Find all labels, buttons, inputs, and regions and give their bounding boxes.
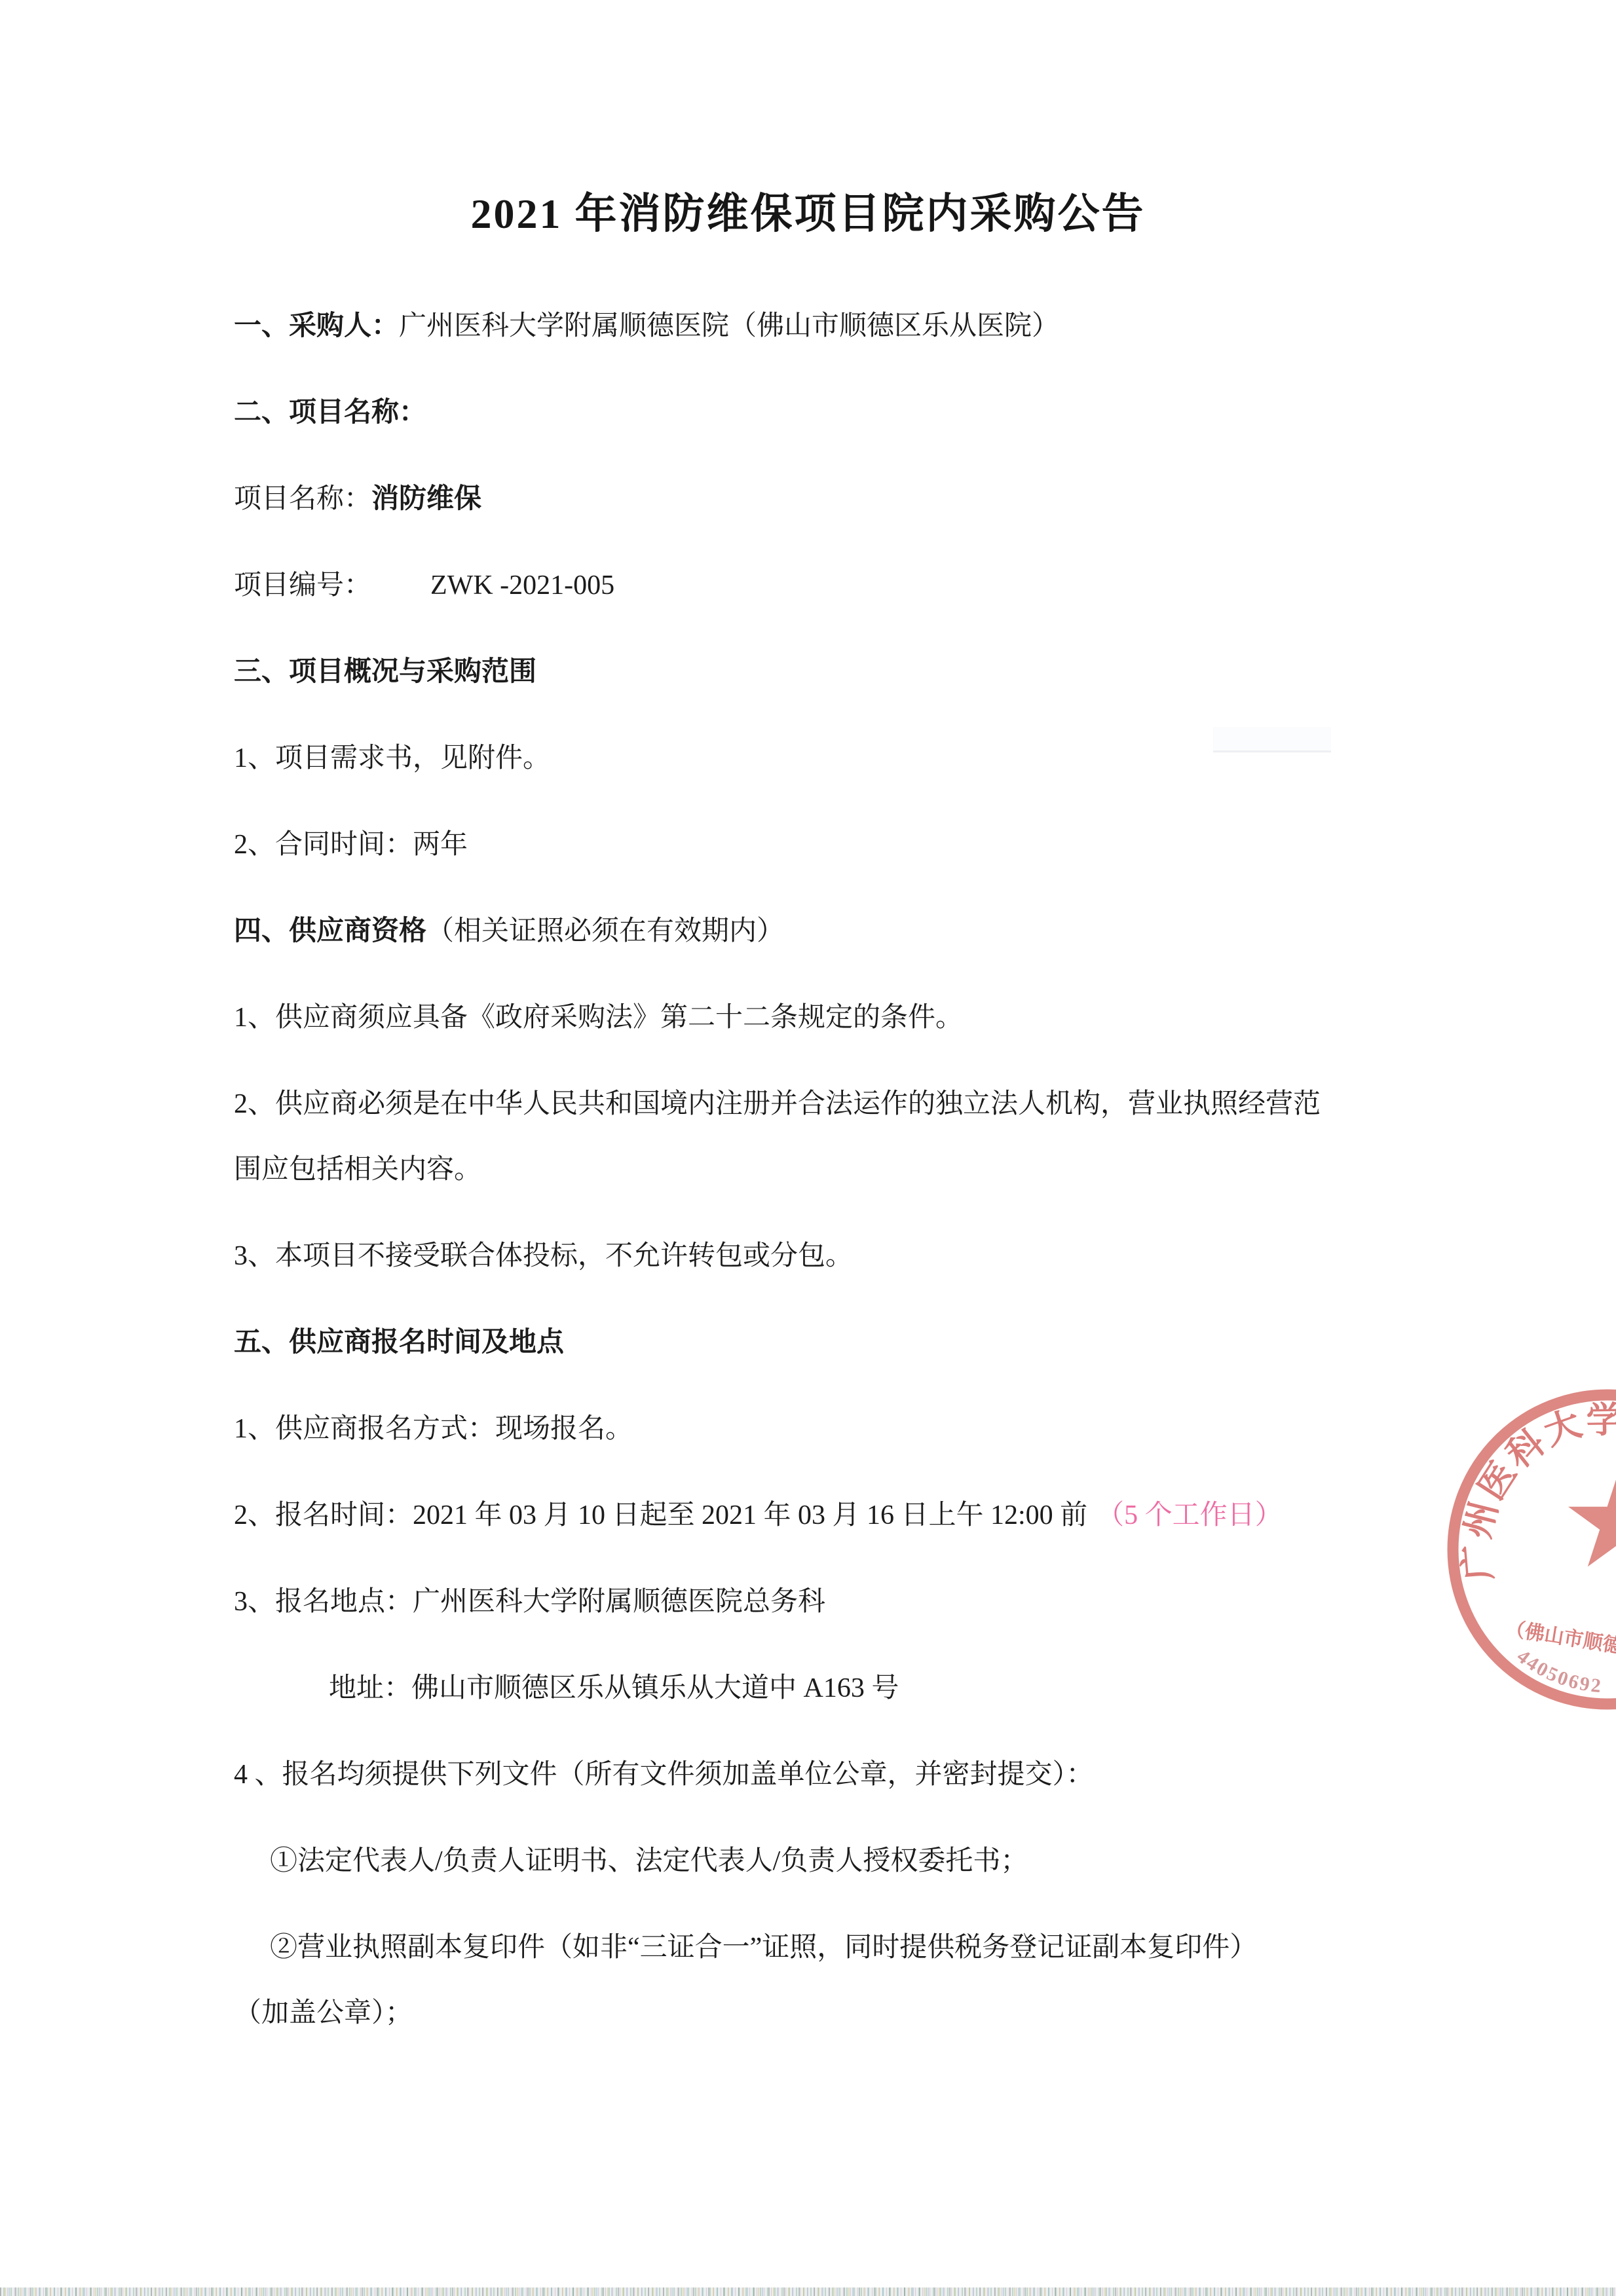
purchaser-label: 一、采购人： — [234, 311, 399, 341]
page-title: 2021 年消防维保项目院内采购公告 — [0, 191, 1616, 237]
required-doc-2: ②营业执照副本复印件（如非“三证合一”证照，同时提供税务登记证副本复印件） （加… — [234, 1915, 1387, 2046]
signup-address-line: 地址：佛山市顺德区乐从镇乐从大道中 A163 号 — [234, 1656, 1387, 1721]
official-seal: 广州医科大学 （佛山市顺德区 44050692 — [1378, 1320, 1616, 1779]
seal-number-text: 44050692 — [1513, 1646, 1604, 1697]
scan-artifact-smudge — [1213, 727, 1331, 752]
section-5-item-2: 2、报名时间：2021 年 03 月 10 日起至 2021 年 03 月 16… — [234, 1483, 1387, 1548]
document-page: 2021 年消防维保项目院内采购公告 一、采购人：广州医科大学附属顺德医院（佛山… — [0, 0, 1616, 2296]
section-5-heading: 五、供应商报名时间及地点 — [234, 1310, 1387, 1375]
project-name-line: 项目名称：消防维保 — [234, 466, 1387, 532]
section-4-item-2-line-1: 2、供应商必须是在中华人民共和国境内注册并合法运作的独立法人机构，营业执照经营范 — [234, 1071, 1387, 1137]
section-4-item-3: 3、本项目不接受联合体投标，不允许转包或分包。 — [234, 1223, 1387, 1289]
project-number-line: 项目编号：ZWK -2021-005 — [234, 553, 1387, 618]
section-4-heading-bold: 四、供应商资格 — [234, 916, 426, 946]
document-body: 一、采购人：广州医科大学附属顺德医院（佛山市顺德区乐从医院） 二、项目名称： 项… — [234, 293, 1387, 2046]
section-4-item-2: 2、供应商必须是在中华人民共和国境内注册并合法运作的独立法人机构，营业执照经营范… — [234, 1071, 1387, 1202]
purchaser-line: 一、采购人：广州医科大学附属顺德医院（佛山市顺德区乐从医院） — [234, 293, 1387, 359]
section-5-item-1: 1、供应商报名方式：现场报名。 — [234, 1396, 1387, 1462]
required-doc-2-line-1: ②营业执照副本复印件（如非“三证合一”证照，同时提供税务登记证副本复印件） — [234, 1915, 1387, 1980]
required-doc-1: ①法定代表人/负责人证明书、法定代表人/负责人授权委托书； — [234, 1828, 1387, 1894]
required-doc-2-line-2: （加盖公章）； — [234, 1980, 1387, 2046]
section-3-item-2: 2、合同时间：两年 — [234, 812, 1387, 878]
seal-star-icon — [1568, 1470, 1616, 1566]
project-name-label: 项目名称： — [234, 484, 371, 514]
project-number-label: 项目编号： — [234, 570, 371, 601]
scan-artifact-strip — [0, 2287, 1616, 2296]
section-2-heading: 二、项目名称： — [234, 380, 1387, 445]
section-4-heading: 四、供应商资格（相关证照必须在有效期内） — [234, 898, 1387, 964]
purchaser-value: 广州医科大学附属顺德医院（佛山市顺德区乐从医院） — [399, 311, 1059, 341]
project-number-value: ZWK -2021-005 — [430, 570, 614, 601]
workdays-note-highlight: （5 个工作日） — [1097, 1500, 1283, 1530]
project-name-value: 消防维保 — [371, 484, 481, 514]
section-4-item-1: 1、供应商须应具备《政府采购法》第二十二条规定的条件。 — [234, 985, 1387, 1050]
section-5-item-3: 3、报名地点：广州医科大学附属顺德医院总务科 — [234, 1569, 1387, 1635]
section-4-heading-note: （相关证照必须在有效期内） — [426, 916, 784, 946]
signup-time-text: 2、报名时间：2021 年 03 月 10 日起至 2021 年 03 月 16… — [234, 1500, 1087, 1530]
section-5-item-4: 4 、报名均须提供下列文件（所有文件须加盖单位公章，并密封提交）： — [234, 1742, 1387, 1807]
svg-text:44050692: 44050692 — [1513, 1646, 1604, 1697]
section-4-item-2-line-2: 围应包括相关内容。 — [234, 1137, 1387, 1202]
section-3-heading: 三、项目概况与采购范围 — [234, 639, 1387, 705]
